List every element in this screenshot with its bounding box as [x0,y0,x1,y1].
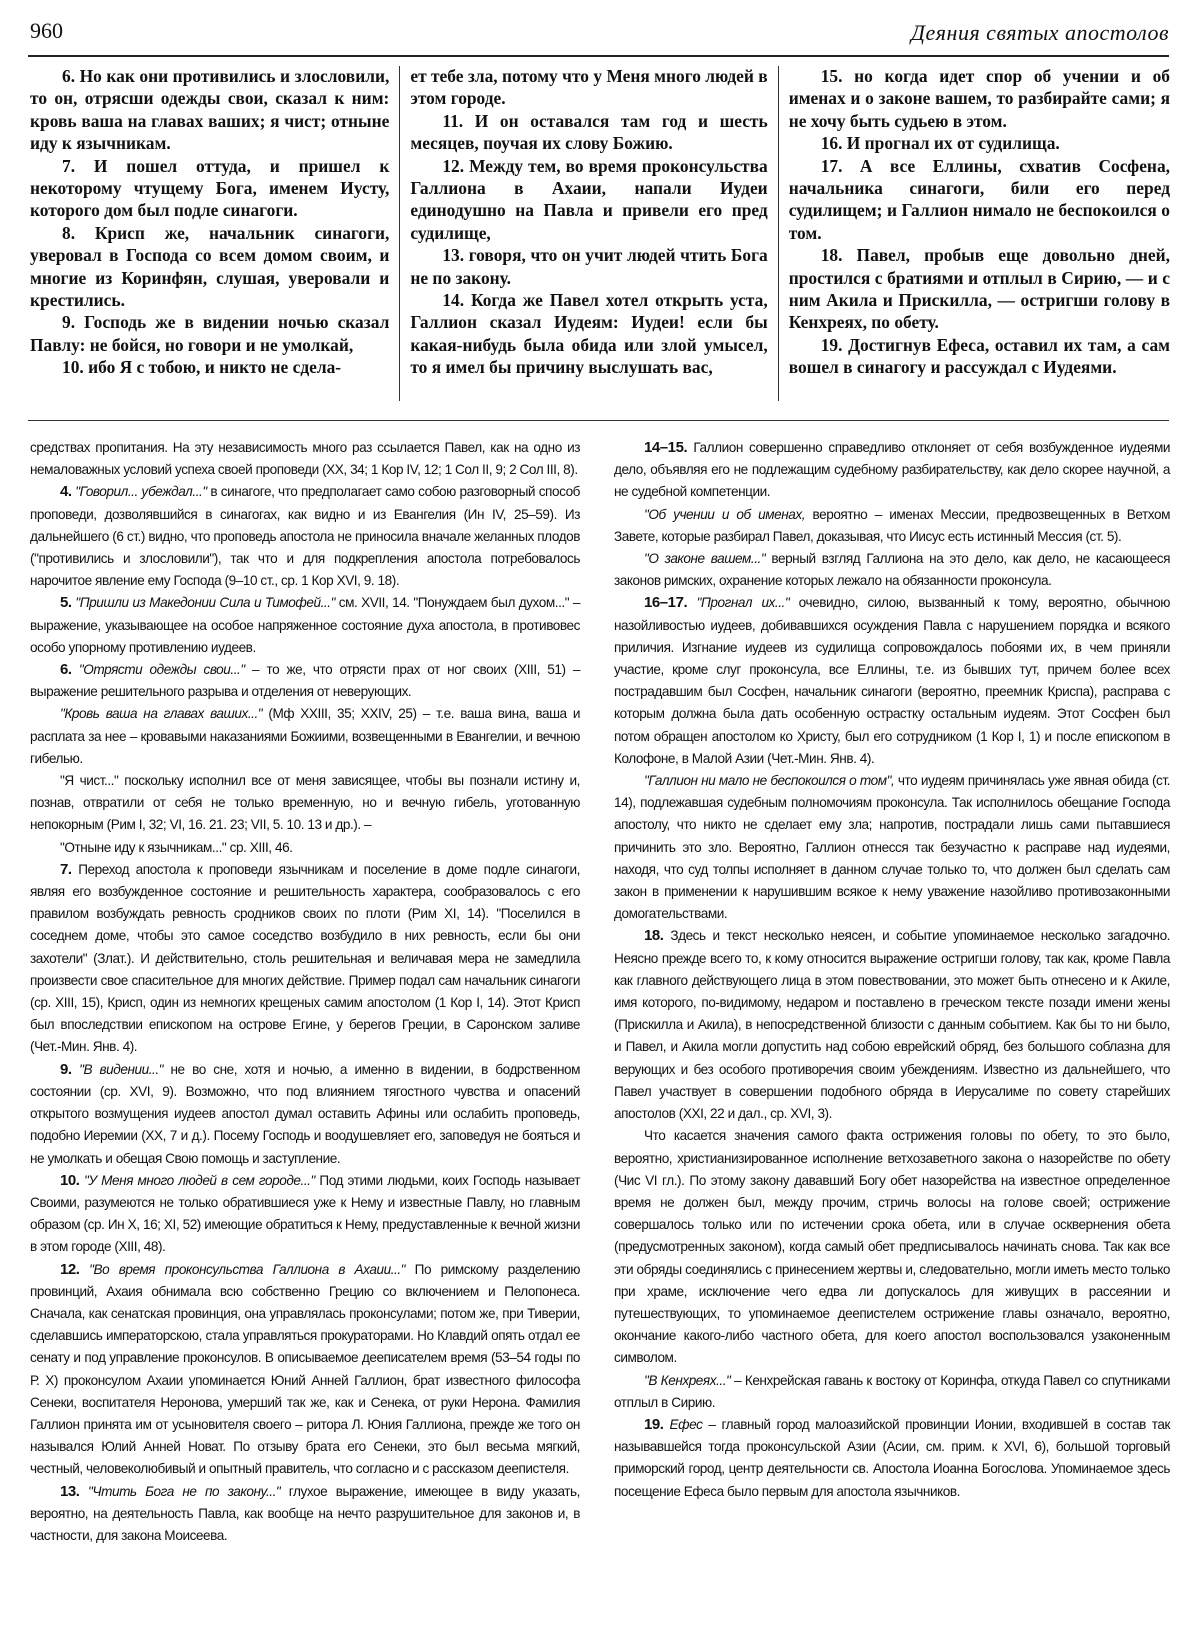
scripture-text-block: 6. Но как они противились и злословили, … [30,62,1170,407]
verse-reference-number: 4. [60,483,72,500]
verse: 13. говоря, что он учит людей чтить Бога… [410,244,767,289]
verse: 7. И пошел оттуда, и пришел к некоторому… [30,155,389,222]
verse-reference-number: 9. [60,1061,72,1078]
quoted-phrase: "Отрясти одежды свои..." [79,662,245,677]
commentary-paragraph: "Я чист..." поскольку исполнил все от ме… [30,770,580,837]
verse-reference-number: 6. [60,661,72,678]
commentary-paragraph: "Галлион ни мало не беспокоился о том", … [614,770,1170,925]
verse-reference-number: 10. [60,1172,80,1189]
verse: 18. Павел, пробыв еще довольно дней, про… [789,244,1170,334]
commentary-text: Здесь и текст несколько неясен, и событи… [614,928,1170,1121]
running-title: Деяния святых апостолов [911,20,1169,46]
verse-reference-number: 12. [60,1261,80,1278]
commentary-text: Переход апостола к проповеди язычникам и… [30,862,580,1055]
quoted-phrase: "Кровь ваша на главах ваших..." [60,706,262,721]
book-page: 960 Деяния святых апостолов 6. Но как он… [0,0,1189,1632]
verse-reference-number: 16–17. [644,594,687,611]
verse: 11. И он оставался там год и шесть месяц… [410,110,767,155]
quoted-phrase: "Галлион ни мало не беспокоился о том", [644,773,894,788]
verse: 19. Достигнув Ефеса, оставил их там, а с… [789,334,1170,379]
commentary-text: что иудеям причинялась уже явная обида (… [614,773,1170,921]
commentary-paragraph: 4. "Говорил... убеждал..." в синагоге, ч… [30,481,580,592]
commentary-paragraph: 5. "Пришли из Македонии Сила и Тимофей..… [30,592,580,659]
commentary-paragraph: 12. "Во время проконсульства Галлиона в … [30,1259,580,1481]
verse-reference-number: 14–15. [644,439,687,456]
verse-reference-number: 18. [644,927,664,944]
quoted-phrase: "В Кенхреях..." [644,1373,730,1388]
verse: 6. Но как они противились и злословили, … [30,65,389,155]
verse: 12. Между тем, во время проконсульства Г… [410,155,767,245]
commentary-text: очевидно, силою, вызванный к тому, вероя… [614,595,1170,765]
commentary-text: не во сне, хотя и ночью, а именно в виде… [30,1062,580,1166]
commentary-column-right: 14–15. Галлион совершенно справедливо от… [614,437,1170,1547]
scripture-column-3: 15. но когда идет спор об учении и об им… [779,62,1170,407]
quoted-phrase: "О законе вашем..." [644,551,765,566]
commentary-text: "Отныне иду к язычникам..." ср. XIII, 46… [60,840,293,855]
verse-reference-number: 13. [60,1483,80,1500]
commentary-text: Галлион совершенно справедливо отклоняет… [614,440,1170,499]
commentary-text: средствах пропитания. На эту независимос… [30,440,580,477]
commentary-paragraph: "Кровь ваша на главах ваших..." (Мф XXII… [30,703,580,770]
commentary-text: "Я чист..." поскольку исполнил все от ме… [30,773,580,832]
quoted-phrase: "У Меня много людей в сем городе..." [84,1173,315,1188]
commentary-text: в синагоге, что предполагает само собою … [30,484,580,588]
verse: 16. И прогнал их от судилища. [789,132,1170,154]
verse-continuation: ет тебе зла, потому что у Меня много люд… [410,65,767,110]
quoted-phrase: "Говорил... убеждал..." [75,484,206,499]
commentary-paragraph: "Об учении и об именах, вероятно – имена… [614,504,1170,548]
commentary-paragraph: 6. "Отрясти одежды свои..." – то же, что… [30,659,580,703]
commentary-text: По римскому разделению провинций, Ахаия … [30,1262,580,1477]
verse-reference-number: 19. [644,1416,664,1433]
commentary-paragraph: 7. Переход апостола к проповеди язычника… [30,859,580,1059]
commentary-paragraph: "В Кенхреях..." – Кенхрейская гавань к в… [614,1370,1170,1414]
commentary-paragraph: 13. "Чтить Бога не по закону..." глухое … [30,1481,580,1548]
quoted-phrase: "Чтить Бога не по закону..." [88,1484,280,1499]
commentary-paragraph: 10. "У Меня много людей в сем городе..."… [30,1170,580,1259]
page-number: 960 [30,18,63,44]
scripture-column-2: ет тебе зла, потому что у Меня много люд… [400,62,777,407]
verse-reference-number: 7. [60,861,72,878]
quoted-phrase: Ефес [669,1417,702,1432]
quoted-phrase: "В видении..." [79,1062,163,1077]
commentary-paragraph: Что касается значения самого факта остри… [614,1125,1170,1369]
commentary-paragraph: 16–17. "Прогнал их..." очевидно, силою, … [614,592,1170,770]
section-rule [28,420,1169,421]
commentary-paragraph: средствах пропитания. На эту независимос… [30,437,580,481]
commentary-paragraph: 14–15. Галлион совершенно справедливо от… [614,437,1170,504]
commentary-paragraph: 18. Здесь и текст несколько неясен, и со… [614,925,1170,1125]
scripture-column-1: 6. Но как они противились и злословили, … [30,62,399,407]
commentary-paragraph: 9. "В видении..." не во сне, хотя и ночь… [30,1059,580,1170]
commentary-paragraph: 19. Ефес – главный город малоазийской пр… [614,1414,1170,1503]
commentary-column-left: средствах пропитания. На эту независимос… [30,437,580,1547]
commentary-block: средствах пропитания. На эту независимос… [30,437,1170,1547]
quoted-phrase: "Пришли из Македонии Сила и Тимофей..." [75,595,335,610]
quoted-phrase: "Об учении и об именах, [644,507,805,522]
verse: 8. Крисп же, начальник синагоги, уверова… [30,222,389,312]
verse: 17. А все Еллины, схватив Сосфена, начал… [789,155,1170,245]
quoted-phrase: "Прогнал их..." [697,595,790,610]
commentary-text: Что касается значения самого факта остри… [614,1128,1170,1365]
verse: 15. но когда идет спор об учении и об им… [789,65,1170,132]
verse: 14. Когда же Павел хотел открыть уста, Г… [410,289,767,379]
quoted-phrase: "Во время проконсульства Галлиона в Ахаи… [89,1262,405,1277]
header-rule [28,55,1169,57]
commentary-paragraph: "Отныне иду к язычникам..." ср. XIII, 46… [30,837,580,859]
verse: 10. ибо Я с тобою, и никто не сдела- [30,356,389,378]
verse-reference-number: 5. [60,594,72,611]
commentary-paragraph: "О законе вашем..." верный взгляд Галлио… [614,548,1170,592]
verse: 9. Господь же в видении ночью сказал Пав… [30,311,389,356]
